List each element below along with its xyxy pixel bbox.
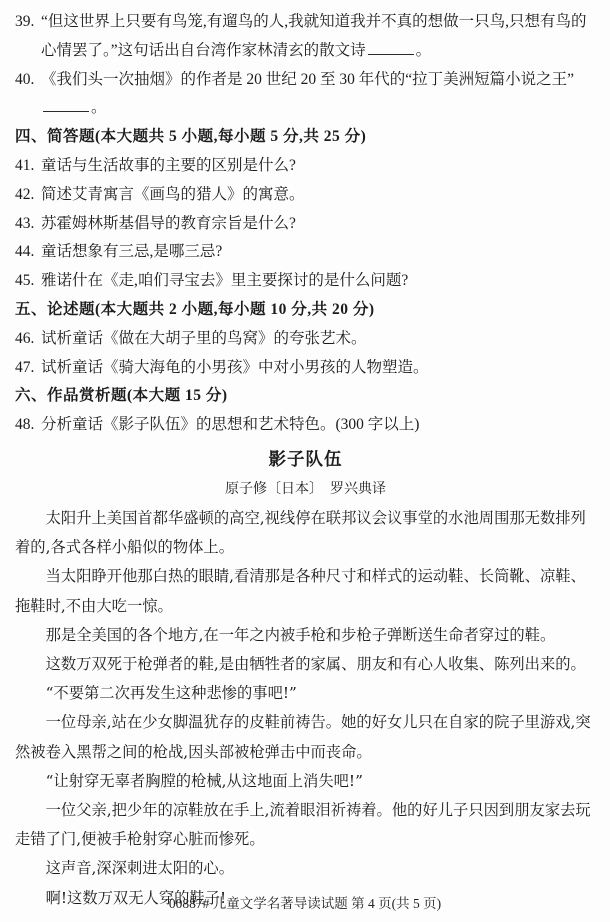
section-header-short-answer: 四、简答题(本大题共 5 小题,每小题 5 分,共 25 分) bbox=[15, 123, 596, 152]
page-footer: 00887# 儿童文学名著导读试题 第 4 页(共 5 页) bbox=[0, 892, 610, 912]
question-40: 40. 《我们头一次抽烟》的作者是 20 世纪 20 至 30 年代的“拉丁美洲… bbox=[15, 66, 596, 124]
story-paragraph: 那是全美国的各个地方,在一年之内被手枪和步枪子弹断送生命者穿过的鞋。 bbox=[15, 621, 596, 650]
question-45: 45. 雅诺什在《走,咱们寻宝去》里主要探讨的是什么问题? bbox=[15, 267, 596, 296]
story-paragraph: “让射穿无辜者胸膛的枪械,从这地面上消失吧!” bbox=[15, 767, 596, 796]
story-title: 影子队伍 bbox=[15, 444, 596, 474]
story-paragraph: 一位父亲,把少年的凉鞋放在手上,流着眼泪祈祷着。他的好儿子只因到朋友家去玩走错了… bbox=[15, 796, 596, 854]
question-46-number: 46. bbox=[15, 325, 41, 354]
question-43: 43. 苏霍姆林斯基倡导的教育宗旨是什么? bbox=[15, 210, 596, 239]
question-39-body: “但这世界上只要有鸟笼,有遛鸟的人,我就知道我并不真的想做一只鸟,只想有鸟的心情… bbox=[41, 13, 587, 59]
exam-page: 39. “但这世界上只要有鸟笼,有遛鸟的人,我就知道我并不真的想做一只鸟,只想有… bbox=[0, 0, 610, 922]
question-42: 42. 简述艾青寓言《画鸟的猎人》的寓意。 bbox=[15, 181, 596, 210]
question-44: 44. 童话想象有三忌,是哪三忌? bbox=[15, 238, 596, 267]
question-48-number: 48. bbox=[15, 411, 41, 440]
question-40-suffix: 。 bbox=[91, 99, 107, 116]
question-48-text: 分析童话《影子队伍》的思想和艺术特色。(300 字以上) bbox=[41, 411, 596, 440]
story-paragraph: 这声音,深深刺进太阳的心。 bbox=[15, 854, 596, 883]
question-47-number: 47. bbox=[15, 354, 41, 383]
story-paragraph: 这数万双死于枪弹者的鞋,是由牺牲者的家属、朋友和有心人收集、陈列出来的。 bbox=[15, 650, 596, 679]
answer-blank bbox=[368, 40, 414, 55]
question-39-number: 39. bbox=[15, 8, 41, 37]
question-40-number: 40. bbox=[15, 66, 41, 95]
question-45-number: 45. bbox=[15, 267, 41, 296]
section-header-appreciation: 六、作品赏析题(本大题 15 分) bbox=[15, 382, 596, 411]
question-43-number: 43. bbox=[15, 210, 41, 239]
question-44-text: 童话想象有三忌,是哪三忌? bbox=[41, 238, 596, 267]
question-46: 46. 试析童话《做在大胡子里的鸟窝》的夸张艺术。 bbox=[15, 325, 596, 354]
question-40-body: 《我们头一次抽烟》的作者是 20 世纪 20 至 30 年代的“拉丁美洲短篇小说… bbox=[41, 71, 574, 88]
question-43-text: 苏霍姆林斯基倡导的教育宗旨是什么? bbox=[41, 210, 596, 239]
question-46-text: 试析童话《做在大胡子里的鸟窝》的夸张艺术。 bbox=[41, 325, 596, 354]
story-paragraph: 当太阳睁开他那白热的眼睛,看清那是各种尺寸和样式的运动鞋、长筒靴、凉鞋、拖鞋时,… bbox=[15, 562, 596, 620]
question-41-number: 41. bbox=[15, 152, 41, 181]
question-47-text: 试析童话《骑大海龟的小男孩》中对小男孩的人物塑造。 bbox=[41, 354, 596, 383]
question-44-number: 44. bbox=[15, 238, 41, 267]
story-paragraph: “不要第二次再发生这种悲惨的事吧!” bbox=[15, 679, 596, 708]
question-41-text: 童话与生活故事的主要的区别是什么? bbox=[41, 152, 596, 181]
section-header-essay: 五、论述题(本大题共 2 小题,每小题 10 分,共 20 分) bbox=[15, 296, 596, 325]
story-paragraph: 太阳升上美国首都华盛顿的高空,视线停在联邦议会议事堂的水池周围那无数排列着的,各… bbox=[15, 504, 596, 562]
question-39: 39. “但这世界上只要有鸟笼,有遛鸟的人,我就知道我并不真的想做一只鸟,只想有… bbox=[15, 8, 596, 66]
question-47: 47. 试析童话《骑大海龟的小男孩》中对小男孩的人物塑造。 bbox=[15, 354, 596, 383]
question-39-suffix: 。 bbox=[416, 42, 432, 59]
question-45-text: 雅诺什在《走,咱们寻宝去》里主要探讨的是什么问题? bbox=[41, 267, 596, 296]
question-42-number: 42. bbox=[15, 181, 41, 210]
answer-blank bbox=[43, 97, 89, 112]
question-42-text: 简述艾青寓言《画鸟的猎人》的寓意。 bbox=[41, 181, 596, 210]
question-39-text: “但这世界上只要有鸟笼,有遛鸟的人,我就知道我并不真的想做一只鸟,只想有鸟的心情… bbox=[41, 8, 596, 66]
question-40-text: 《我们头一次抽烟》的作者是 20 世纪 20 至 30 年代的“拉丁美洲短篇小说… bbox=[41, 66, 596, 124]
question-48: 48. 分析童话《影子队伍》的思想和艺术特色。(300 字以上) bbox=[15, 411, 596, 440]
story-paragraph: 一位母亲,站在少女脚温犹存的皮鞋前祷告。她的好女儿只在自家的院子里游戏,突然被卷… bbox=[15, 708, 596, 766]
story-byline: 原子修〔日本〕 罗兴典译 bbox=[15, 474, 596, 504]
question-41: 41. 童话与生活故事的主要的区别是什么? bbox=[15, 152, 596, 181]
